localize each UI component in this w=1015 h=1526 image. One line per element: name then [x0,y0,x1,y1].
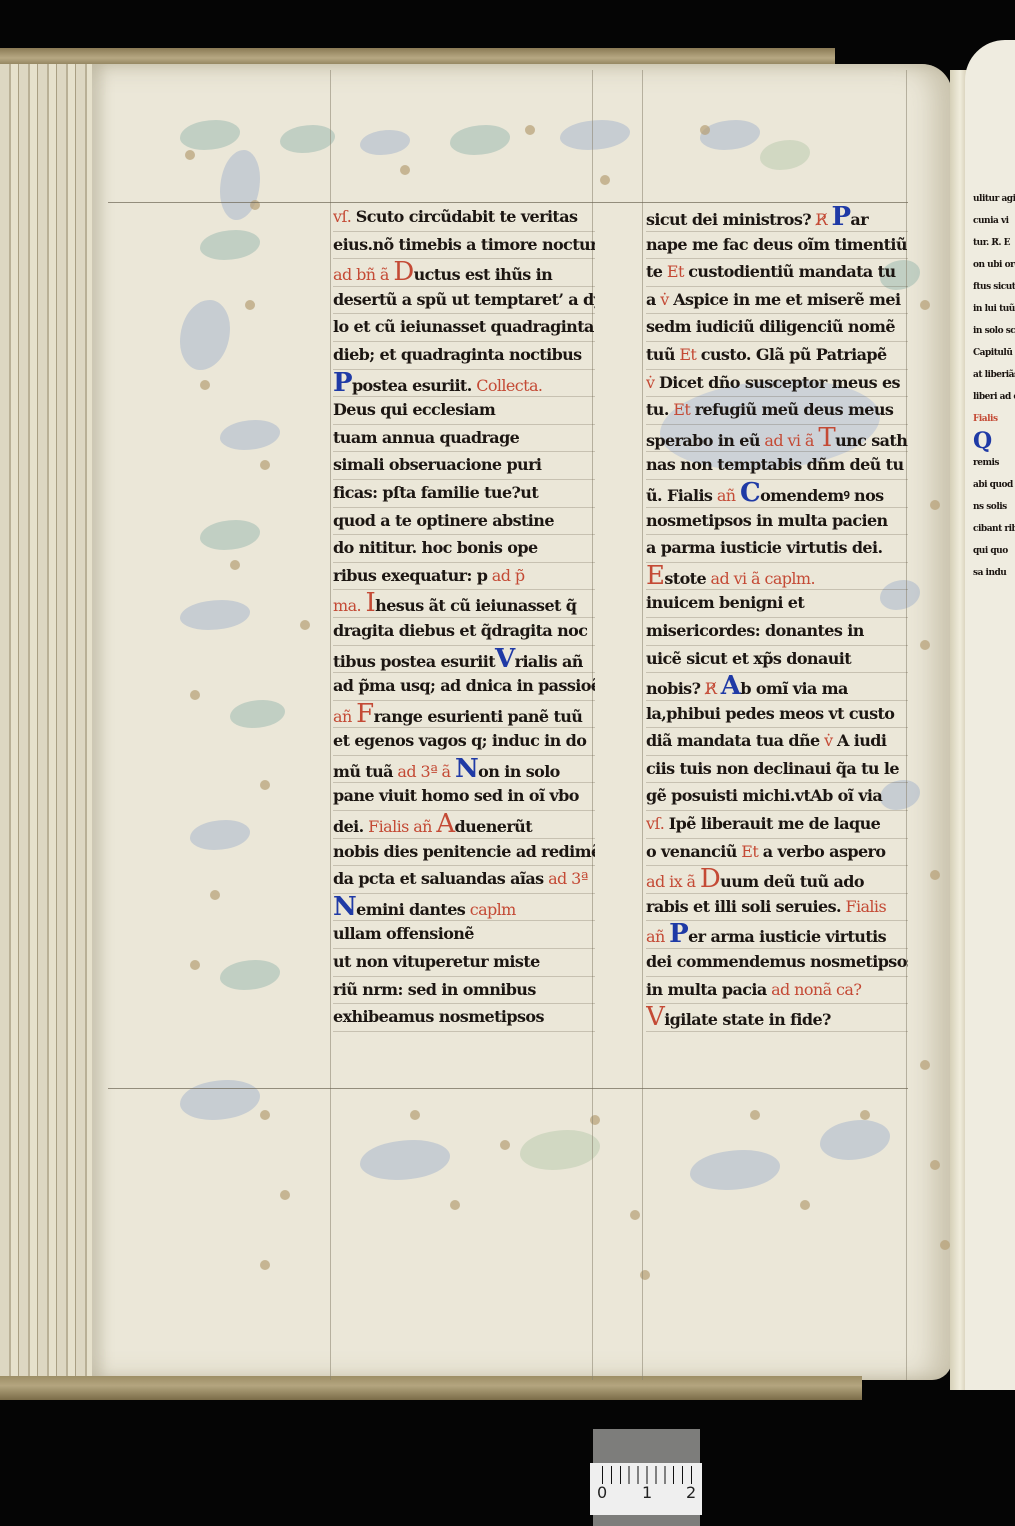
initial-letter: V [495,646,515,674]
line-text: Deus qui ecclesiam [333,400,495,419]
text-line: exhibeamus nosmetipsos [333,1004,595,1032]
line-text: dragita diebus et q̃dragita noc [333,621,587,640]
line-text: ad p̃ma usq; ad dnica in passioẽ [333,676,595,695]
text-line: dei commendemus nosmetipsos [646,949,908,977]
gold-dot-ornament [800,1200,810,1210]
gold-dot-ornament [190,690,200,700]
scale-label-0: 0 [597,1483,607,1502]
line-text: la,phibui pedes meos vt custo [646,704,894,723]
facing-text-line: cunia vi [973,212,1009,230]
line-text: b omĩ via ma [740,679,847,698]
gold-dot-ornament [630,1210,640,1220]
gold-dot-ornament [260,780,270,790]
line-text: postea esuriit. [352,376,472,395]
left-text-column: vſ. Scuto circũdabit te veritaseius.nõ t… [333,204,595,1032]
line-text: gẽ posuisti michi.vt [646,786,810,805]
rubric: ad bñ ã [333,265,393,284]
gold-dot-ornament [300,620,310,630]
gold-dot-ornament [210,890,220,900]
text-line: sperabo in eũ ad vi ã Tunc satha [646,425,908,453]
facing-text-line: remis [973,454,999,472]
rubric: Et [675,345,701,364]
line-text: hesus ãt cũ ieiunasset q̃ [375,596,576,615]
line-text: ribus exequatur: p [333,566,487,585]
gold-dot-ornament [940,1240,950,1250]
rubric: caplm [465,900,516,919]
gold-dot-ornament [260,1260,270,1270]
line-text: Scuto circũdabit te veritas [356,207,578,226]
line-text: et egenos vagos q; induc in do [333,731,586,750]
book-bottom-edge [0,1376,862,1400]
text-line: sedm iudiciũ diligenciũ nomẽ [646,314,908,342]
line-text: a verbo aspero [763,842,886,861]
rubric: ad nonã ca? [767,980,862,999]
initial-letter: A [721,673,741,701]
gold-dot-ornament [930,500,940,510]
line-text: omendemꝰ nos [760,486,884,505]
rubric: vſ. [646,814,669,833]
text-line: vſ. Scuto circũdabit te veritas [333,204,595,232]
ruling-vertical [642,70,643,1380]
line-text: a [646,290,656,309]
text-line: a parma iusticie virtutis dei. [646,535,908,563]
line-text: sicut dei ministros? [646,210,811,229]
line-text: ar [850,210,868,229]
text-line: a v̇ Aspice in me et miserẽ mei [646,287,908,315]
initial-letter: E [646,563,664,591]
text-line: Nemini dantes caplm [333,894,595,922]
rubric: ad vi ã [760,431,818,450]
text-line: o venanciũ Et a verbo aspero [646,839,908,867]
scale-label-2: 2 [686,1483,696,1502]
line-text: do nititur. hoc bonis ope [333,538,538,557]
line-text: mũ tuã [333,762,393,781]
initial-letter: V [646,1004,664,1032]
text-line: ma. Ihesus ãt cũ ieiunasset q̃ [333,590,595,618]
line-text: emini dantes [356,900,465,919]
facing-text-line: qui quo [973,542,1008,560]
line-text: desertũ a spũ ut temptaret’ a dyabo [333,290,595,309]
text-line: pane viuit homo sed in oĩ vbo [333,783,595,811]
initial-letter: A [436,811,454,839]
rubric: v̇ [646,373,659,392]
text-line: nobis? R̸ Ab omĩ via ma [646,673,908,701]
initial-letter: F [356,701,373,729]
rubric: ad vi ã caplm. [706,569,815,588]
gold-dot-ornament [920,1060,930,1070]
gold-dot-ornament [930,870,940,880]
text-line: lo et cũ ieiunasset quadraginta [333,314,595,342]
line-text: custo. Glã pũ Patriapẽ [701,345,887,364]
line-text: uicẽ sicut et xp̃s donauit [646,649,851,668]
facing-text-line: Fialis [973,410,998,428]
text-line: desertũ a spũ ut temptaret’ a dyabo [333,287,595,315]
facing-text-line: Q [973,432,992,450]
text-line: simali obseruacione puri [333,452,595,480]
line-text: lo et cũ ieiunasset quadraginta [333,317,594,336]
text-line: tu. Et refugiũ meũ deus meus [646,397,908,425]
text-line: uicẽ sicut et xp̃s donauit [646,646,908,674]
gold-dot-ornament [700,125,710,135]
rubric: Fialis añ [364,817,437,836]
line-text: tuũ [646,345,675,364]
facing-text-line: in solo sciens [973,322,1015,340]
facing-text-line: at liberiãs [973,366,1015,384]
line-text: Ab oĩ via [810,786,882,805]
facing-text-line: ns solis [973,498,1007,516]
rubric: ad p̃ [487,566,524,585]
text-line: eius.nõ timebis a timore noctur [333,232,595,260]
scale-label-1: 1 [642,1483,652,1502]
line-text: uum deũ tuũ ado [720,872,864,891]
line-text: a parma iusticie virtutis dei. [646,538,882,557]
line-text: uctus est ihũs in [414,265,553,284]
text-line: ullam offensionẽ [333,921,595,949]
line-text: nosmetipsos in multa pacien [646,511,888,530]
text-line: añ Frange esurienti panẽ tuũ [333,701,595,729]
gold-dot-ornament [920,640,930,650]
text-line: tibus postea esuriitVrialis añ [333,646,595,674]
line-text: ficas: pſta familie tue?ut [333,483,538,502]
text-line: quod a te optinere abstine [333,508,595,536]
gold-dot-ornament [860,1110,870,1120]
line-text: ciis tuis non declinaui q̃a tu le [646,759,899,778]
facing-text-line: Capitulū suis [973,344,1015,362]
line-text: dei commendemus nosmetipsos [646,952,908,971]
facing-text-line: sa indu [973,564,1006,582]
gold-dot-ornament [200,380,210,390]
rubric: Et [737,842,763,861]
text-line: Deus qui ecclesiam [333,397,595,425]
line-text: nape me fac deus oĩm timentiũ [646,235,907,254]
line-text: igilate state in fide? [664,1010,831,1029]
rubric: R̸ [811,210,831,229]
line-text: nobis dies penitencie ad redimẽ [333,842,595,861]
text-line: ribus exequatur: p ad p̃ [333,563,595,591]
ruling-vertical [330,70,331,1380]
line-text: refugiũ meũ deus meus [695,400,894,419]
facing-text-line: on ubi orō eius [973,256,1015,274]
line-text: tu. [646,400,669,419]
line-text: stote [664,569,706,588]
text-line: mũ tuã ad 3ª ã Non in solo [333,756,595,784]
ruling-horizontal [108,202,908,203]
gold-dot-ornament [750,1110,760,1120]
gold-dot-ornament [245,300,255,310]
initial-letter: P [669,921,688,949]
text-line: ut non vituperetur miste [333,949,595,977]
line-text: sedm iudiciũ diligenciũ nomẽ [646,317,895,336]
initial-letter: I [365,590,375,618]
rubric: añ [646,927,669,946]
text-line: do nititur. hoc bonis ope [333,535,595,563]
facing-text-line: cibant rib [973,520,1015,538]
initial-letter: T [818,425,835,453]
line-text: rialis añ [515,652,583,671]
line-text: Dicet dño susceptor meus es [659,373,900,392]
initial-letter: D [393,259,413,287]
rubric: Et [662,262,688,281]
rubric: vſ. [333,207,356,226]
rubric: ma. [333,596,365,615]
line-text: on in solo [478,762,560,781]
gold-dot-ornament [410,1110,420,1120]
facing-text-line: liberi ad caput [973,388,1015,406]
line-text: nas non temptabis dñm deũ tu [646,455,904,474]
text-line: dieb; et quadraginta noctibus [333,342,595,370]
text-line: ad p̃ma usq; ad dnica in passioẽ [333,673,595,701]
line-text: simali obseruacione puri [333,455,541,474]
facing-text-line: ftus sicut [973,278,1015,296]
line-text: inuicem benigni et [646,593,804,612]
text-line: inuicem benigni et [646,590,908,618]
line-text: te [646,262,662,281]
facing-page: ulitur agicunia vitur. R̸. Eon ubi orō e… [965,40,1015,1390]
gold-dot-ornament [920,300,930,310]
line-text: ũ. Fialis [646,486,712,505]
rubric: ad 3ª ã [393,762,455,781]
text-line: gẽ posuisti michi.vtAb oĩ via [646,783,908,811]
gold-dot-ornament [260,1110,270,1120]
rubric: v̇ [820,731,837,750]
text-line: et egenos vagos q; induc in do [333,728,595,756]
rubric: ad 3ª [544,869,588,888]
facing-text-line: ulitur agi [973,190,1015,208]
right-text-column: sicut dei ministros? R̸ Parnape me fac d… [646,204,908,1032]
text-line: diã mandata tua dñe v̇ A iudi [646,728,908,756]
scale-ticks [602,1466,692,1484]
line-text: eius.nõ timebis a timore noctur [333,235,595,254]
line-text: Ipẽ liberauit me de laque [669,814,880,833]
line-text: dei. [333,817,364,836]
text-line: sicut dei ministros? R̸ Par [646,204,908,232]
text-line: in multa pacia ad nonã ca? [646,977,908,1005]
initial-letter: D [700,866,720,894]
text-line: ficas: pſta familie tue?ut [333,480,595,508]
text-line: Vigilate state in fide? [646,1004,908,1032]
rubric: R̸ [700,679,720,698]
line-text: pane viuit homo sed in oĩ vbo [333,786,579,805]
line-text: nobis? [646,679,700,698]
line-text: riũ nrm: sed in omnibus [333,980,536,999]
line-text: tibus postea esuriit [333,652,495,671]
text-line: riũ nrm: sed in omnibus [333,977,595,1005]
line-text: Aspice in me et miserẽ mei [673,290,900,309]
text-line: ad bñ ã Ductus est ihũs in [333,259,595,287]
text-line: nas non temptabis dñm deũ tu [646,452,908,480]
text-line: tuũ Et custo. Glã pũ Patriapẽ [646,342,908,370]
gold-dot-ornament [400,165,410,175]
line-text: ullam offensionẽ [333,924,474,943]
text-line: nape me fac deus oĩm timentiũ [646,232,908,260]
rubric: Et [669,400,695,419]
rubric: añ [712,486,740,505]
rubric: ad ix ã [646,872,700,891]
line-text: A iudi [837,731,886,750]
line-text: misericordes: donantes in [646,621,864,640]
text-line: vſ. Ipẽ liberauit me de laque [646,811,908,839]
rubric: Fialis [841,897,886,916]
text-line: tuam annua quadrage [333,425,595,453]
ruling-horizontal [108,1088,908,1089]
line-text: sperabo in eũ [646,431,760,450]
text-line: ũ. Fialis añ Comendemꝰ nos [646,480,908,508]
line-text: custodientiũ mandata tu [688,262,895,281]
rubric: añ [333,707,356,726]
initial-letter: N [333,894,356,922]
text-line: ad ix ã Duum deũ tuũ ado [646,866,908,894]
text-line: dei. Fialis añ Aduenerũt [333,811,595,839]
line-text: exhibeamus nosmetipsos [333,1007,544,1026]
line-text: duenerũt [455,817,532,836]
rubric: Collecta. [472,376,543,395]
gold-dot-ornament [450,1200,460,1210]
line-text: o venanciũ [646,842,737,861]
book-leaves-stack [0,64,96,1384]
line-text: da pcta et saluandas aĩas [333,869,544,888]
initial-letter: P [333,370,352,398]
text-line: v̇ Dicet dño susceptor meus es [646,370,908,398]
text-line: misericordes: donantes in [646,618,908,646]
gold-dot-ornament [600,175,610,185]
gold-dot-ornament [185,150,195,160]
gold-dot-ornament [230,560,240,570]
line-text: er arma iusticie virtutis [688,927,886,946]
text-line: rabis et illi soli seruies. Fialis [646,894,908,922]
gold-dot-ornament [930,1160,940,1170]
rubric: v̇ [656,290,673,309]
text-line: nosmetipsos in multa pacien [646,508,908,536]
initial-letter: C [740,480,760,508]
gold-dot-ornament [500,1140,510,1150]
facing-text-line: in lui tuũ dñi [973,300,1015,318]
gold-dot-ornament [190,960,200,970]
facing-text-line: tur. R̸. E [973,234,1010,252]
gold-dot-ornament [280,1190,290,1200]
text-line: Ppostea esuriit. Collecta. [333,370,595,398]
line-text: unc satha [835,431,908,450]
line-text: ut non vituperetur miste [333,952,540,971]
text-line: dragita diebus et q̃dragita noc [333,618,595,646]
line-text: dieb; et quadraginta noctibus [333,345,582,364]
text-line: Estote ad vi ã caplm. [646,563,908,591]
initial-letter: P [831,204,850,232]
facing-text-line: abi quod [973,476,1013,494]
gold-dot-ornament [260,460,270,470]
text-line: ciis tuis non declinaui q̃a tu le [646,756,908,784]
line-text: in multa pacia [646,980,767,999]
text-line: da pcta et saluandas aĩas ad 3ª [333,866,595,894]
text-line: la,phibui pedes meos vt custo [646,701,908,729]
gold-dot-ornament [525,125,535,135]
text-line: te Et custodientiũ mandata tu [646,259,908,287]
line-text: diã mandata tua dñe [646,731,820,750]
line-text: quod a te optinere abstine [333,511,554,530]
text-line: añ Per arma iusticie virtutis [646,921,908,949]
line-text: tuam annua quadrage [333,428,519,447]
initial-letter: N [455,756,478,784]
text-line: nobis dies penitencie ad redimẽ [333,839,595,867]
line-text: range esurienti panẽ tuũ [374,707,583,726]
line-text: rabis et illi soli seruies. [646,897,841,916]
